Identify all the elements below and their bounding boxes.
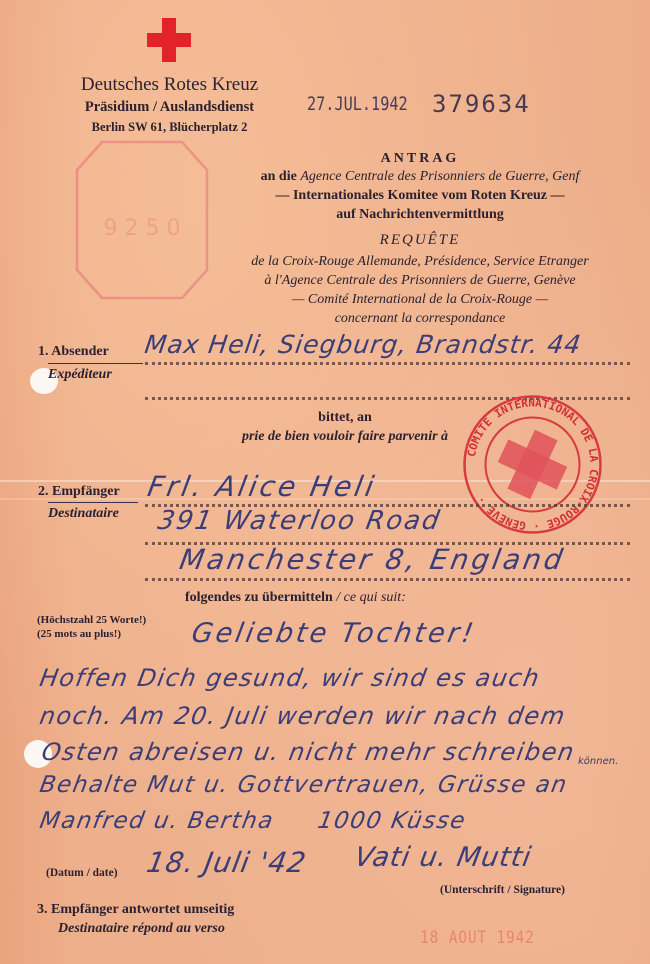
sender-label-fr: Expéditeur: [48, 367, 112, 383]
antrag-line2: — Internationales Komitee vom Roten Kreu…: [95, 188, 650, 204]
word-limit-fr: (25 mots au plus!): [37, 628, 121, 640]
message-insert: können.: [578, 756, 618, 767]
requete-line2: à l'Agence Centrale des Prisonniers de G…: [95, 273, 650, 289]
message-header-fr: ce qui suit:: [344, 590, 406, 605]
date-field[interactable]: 18. Juli '42: [144, 846, 309, 879]
message-header-de: folgendes zu übermitteln: [185, 590, 333, 605]
requete-line3: — Comité International de la Croix-Rouge…: [95, 292, 650, 308]
message-header-sep: /: [336, 590, 340, 605]
recipient-city-field[interactable]: Manchester 8, England: [177, 543, 568, 576]
geneva-arrival-stamp: 18 AOUT 1942: [420, 928, 535, 948]
label-underline: [48, 363, 143, 364]
message-line-1[interactable]: Hoffen Dich gesund, wir sind es auch: [38, 664, 543, 692]
message-greeting[interactable]: Geliebte Tochter!: [189, 618, 478, 649]
antrag-line1: an die Agence Centrale des Prisonniers d…: [95, 169, 650, 185]
signature-label: (Unterschrift / Signature): [440, 884, 565, 896]
receipt-number-stamp: 379634: [432, 90, 531, 118]
recipient-label-fr: Destinataire: [48, 506, 119, 522]
stamp-cross-icon: [489, 421, 575, 507]
antrag-heading: ANTRAG: [95, 151, 650, 167]
word-limit-de: (Höchstzahl 25 Worte!): [37, 614, 146, 626]
antrag-line3: auf Nachrichtenvermittlung: [95, 207, 650, 223]
message-line-5[interactable]: Manfred u. Bertha 1000 Küsse: [38, 808, 469, 834]
requete-line1: de la Croix-Rouge Allemande, Présidence,…: [95, 254, 650, 270]
section3-de: 3. Empfänger antwortet umseitig: [37, 902, 234, 918]
message-line-3[interactable]: Osten abreisen u. nicht mehr schreiben: [40, 738, 578, 766]
icrc-round-stamp: COMITÉ INTERNATIONAL DE LA CROIX-ROUGE ·…: [460, 392, 605, 537]
requete-heading: REQUÊTE: [95, 232, 650, 249]
org-name: Deutsches Rotes Kreuz: [52, 74, 287, 96]
dotted-line: [145, 574, 630, 581]
message-line-4[interactable]: Behalte Mut u. Gottvertrauen, Grüsse an: [38, 772, 570, 798]
dotted-line: [145, 500, 630, 507]
department: Präsidium / Auslandsdienst: [52, 99, 287, 116]
receipt-date-stamp: 27.JUL.1942: [307, 93, 408, 115]
antrag-line1-prefix: an die: [261, 169, 301, 184]
sender-field[interactable]: Max Heli, Siegburg, Brandstr. 44: [143, 330, 583, 359]
signature-field[interactable]: Vati u. Mutti: [352, 842, 534, 873]
requete-line4: concernant la correspondance: [95, 311, 650, 327]
dotted-line: [145, 358, 630, 365]
message-header: folgendes zu übermitteln / ce qui suit:: [185, 590, 406, 606]
label-underline: [48, 502, 138, 503]
recipient-street-field[interactable]: 391 Waterloo Road: [155, 506, 443, 536]
date-label: (Datum / date): [46, 867, 118, 879]
address: Berlin SW 61, Blücherplatz 2: [52, 120, 287, 135]
section3-fr: Destinataire répond au verso: [58, 921, 225, 937]
dotted-line: [145, 538, 630, 545]
recipient-name-field[interactable]: Frl. Alice Heli: [145, 470, 379, 503]
recipient-label: 2. Empfänger: [38, 484, 120, 500]
sender-label: 1. Absender: [38, 344, 109, 360]
message-line-2[interactable]: noch. Am 20. Juli werden wir nach dem: [38, 702, 569, 730]
red-cross-icon: [147, 18, 191, 62]
antrag-line1-agency: Agence Centrale des Prisonniers de Guerr…: [300, 169, 579, 184]
